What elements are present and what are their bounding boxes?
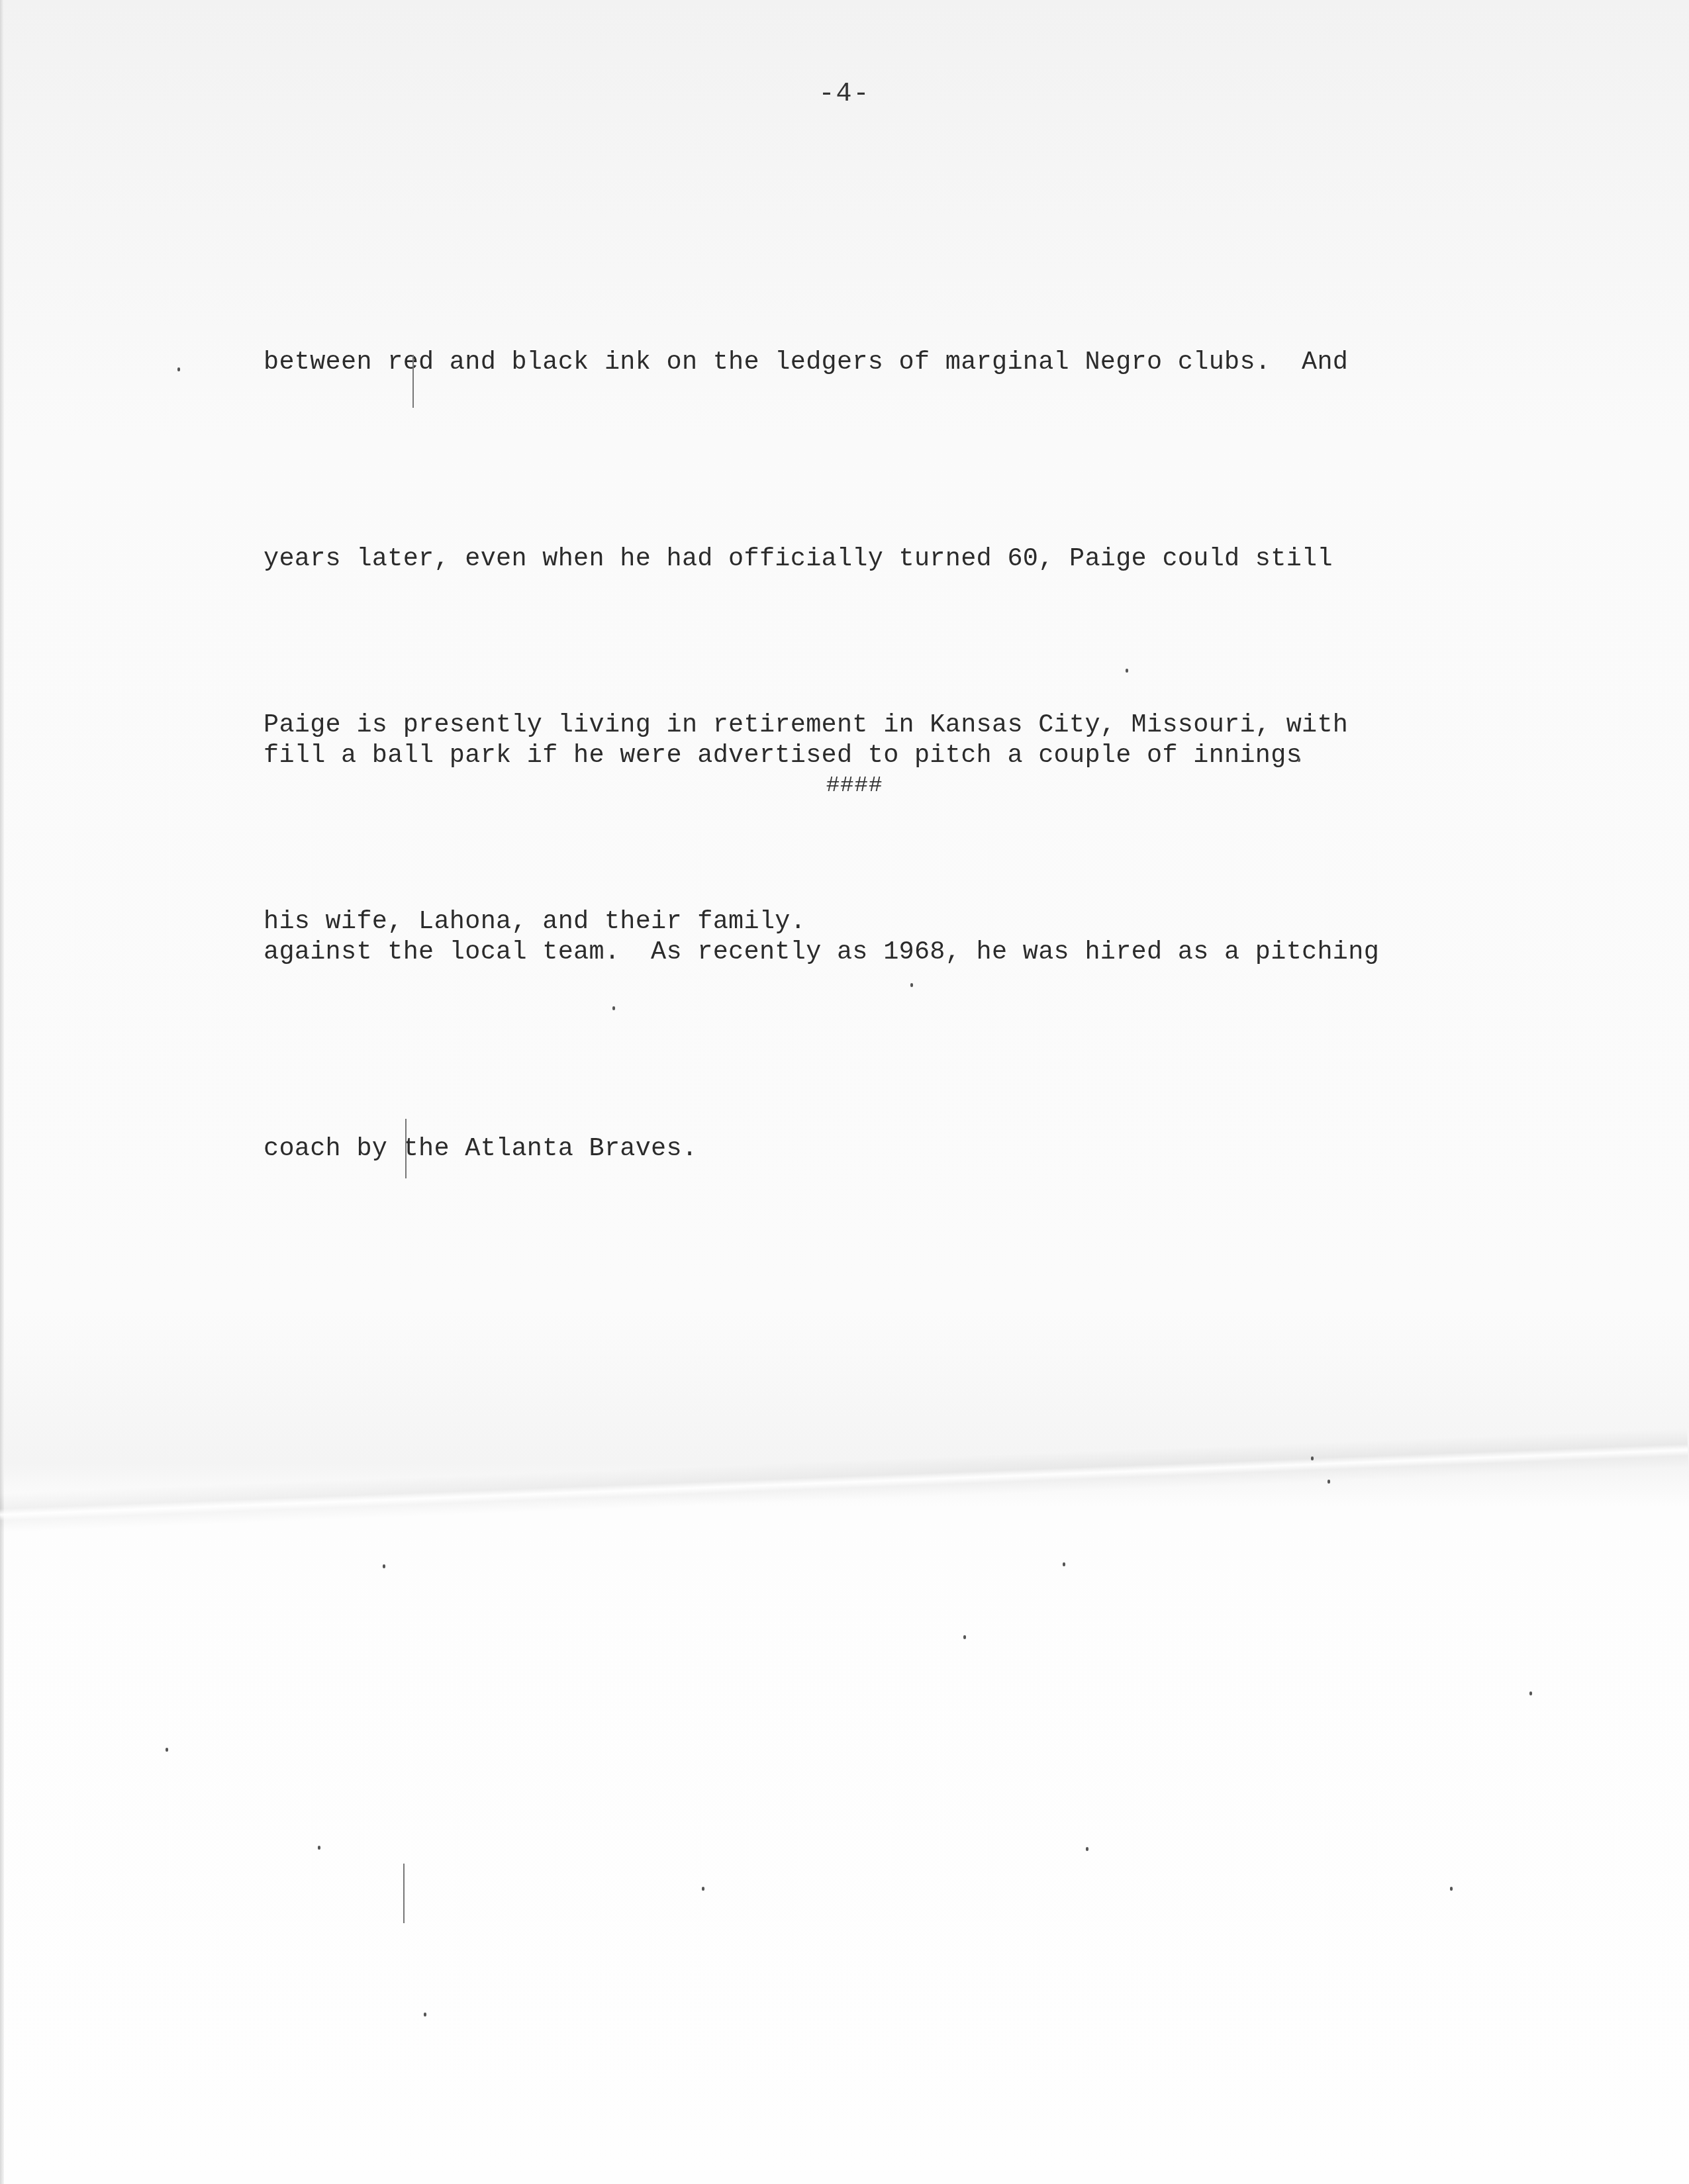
scan-speck [1298,758,1300,762]
scan-speck [1311,1456,1314,1460]
page-number: -4- [0,79,1689,109]
scan-speck [1126,669,1128,673]
scan-speck [1063,1562,1065,1566]
text-line: coach by the Atlanta Braves. [264,1116,1482,1182]
scan-speck [1529,1691,1532,1695]
document-page: -4- between red and black ink on the led… [0,0,1689,2184]
scan-speck [318,1846,320,1850]
text-line: between red and black ink on the ledgers… [264,330,1482,395]
scan-speck [383,1564,385,1568]
scan-speck [1086,1847,1088,1851]
scan-stroke [403,1864,405,1923]
scan-speck [1450,1887,1453,1891]
text-line: his wife, Lahona, and their family. [264,889,1482,955]
text-line: Paige is presently living in retirement … [264,692,1482,758]
page-edge [0,0,4,2184]
paper-fold-crease [0,1428,1688,1533]
scan-speck [424,2013,426,2017]
scan-speck [963,1635,966,1639]
scan-speck [612,1006,615,1010]
scan-speck [702,1887,704,1891]
scan-speck [177,367,180,371]
scan-speck [910,983,913,987]
scan-speck [1327,1480,1330,1484]
scan-stroke [412,355,414,408]
paragraph-2: Paige is presently living in retirement … [264,561,1482,1086]
end-mark: #### [0,773,1689,798]
scan-speck [166,1748,168,1752]
scan-stroke [405,1119,407,1178]
